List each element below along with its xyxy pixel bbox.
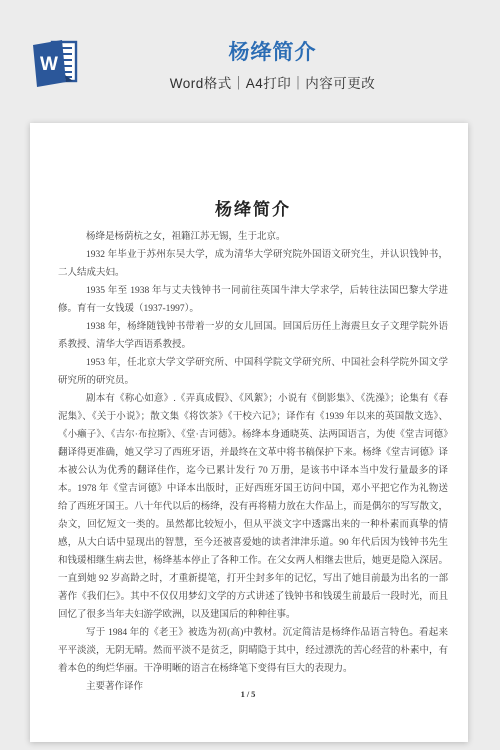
paragraph-works-translations: 剧本有《称心如意》.《弄真成假》、《风絮》；小说有《倒影集》、《洗澡》；论集有《…	[58, 390, 448, 624]
file-format-note: Word格式｜A4打印｜内容可更改	[45, 72, 500, 92]
file-title: 杨绛简介	[45, 40, 500, 66]
document-title: 杨绛简介	[58, 195, 448, 220]
document-body: 杨绛是杨荫杭之女，祖籍江苏无锡，生于北京。 1932 年毕业于苏州东吴大学，成为…	[58, 228, 448, 696]
paragraph-1953-researcher: 1953 年，任北京大学文学研究所、中国科学院文学研究所、中国社会科学院外国文学…	[58, 354, 448, 390]
paragraph-1938-return: 1938 年，杨绛随钱钟书带着一岁的女儿回国。回国后历任上海震旦女子文理学院外语…	[58, 318, 448, 354]
paragraph-biography-birth: 杨绛是杨荫杭之女，祖籍江苏无锡，生于北京。	[58, 228, 448, 246]
paragraph-1935-study-abroad: 1935 年至 1938 年与丈夫钱钟书一同前往英国牛津大学求学，后转往法国巴黎…	[58, 282, 448, 318]
preview-header: W 杨绛简介 Word格式｜A4打印｜内容可更改	[0, 0, 500, 123]
paragraph-laowang-style: 写于 1984 年的《老王》被选为初(高)中教材。沉定简洁是杨绛作品语言特色。看…	[58, 624, 448, 678]
document-page-preview: 杨绛简介 杨绛是杨荫杭之女，祖籍江苏无锡，生于北京。 1932 年毕业于苏州东吴…	[30, 123, 468, 742]
page-number: 1/5	[30, 689, 468, 699]
page-background: W 杨绛简介 Word格式｜A4打印｜内容可更改 杨绛简介 杨绛是杨荫杭之女，祖…	[0, 0, 500, 750]
paragraph-1932-graduation: 1932 年毕业于苏州东吴大学，成为清华大学研究院外国语文研究生，并认识钱钟书，…	[58, 246, 448, 282]
